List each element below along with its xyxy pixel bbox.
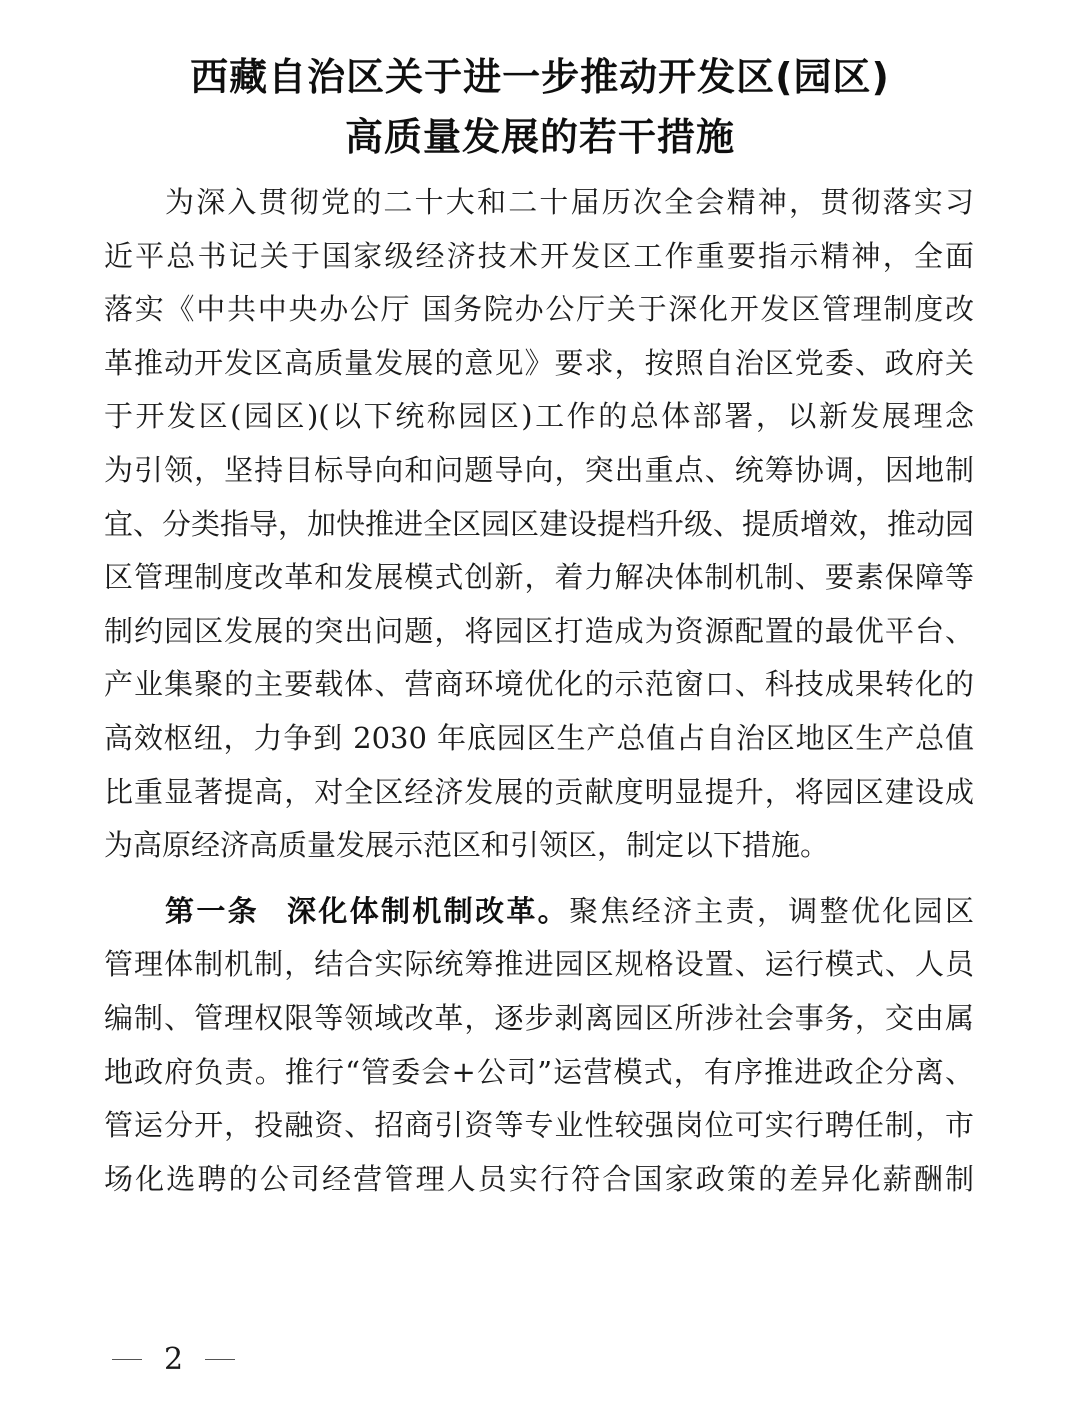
document-page: 西藏自治区关于进一步推动开发区(园区) 高质量发展的若干措施 为深入贯彻党的二十…	[0, 0, 1080, 1428]
preamble-line: 革推动开发区高质量发展的意见》要求，按照自治区党委、政府关	[104, 337, 974, 391]
preamble-line: 于开发区(园区)(以下统称园区)工作的总体部署，以新发展理念	[104, 390, 974, 444]
document-body: 为深入贯彻党的二十大和二十届历次全会精神，贯彻落实习 近平总书记关于国家级经济技…	[104, 176, 974, 1206]
article-1-first-line: 第一条深化体制机制改革。聚焦经济主责，调整优化园区	[104, 885, 974, 939]
article-text: 聚焦经济主责，调整优化园区	[569, 894, 974, 928]
document-title-line-2: 高质量发展的若干措施	[0, 106, 1080, 161]
article-number: 第一条	[165, 894, 259, 928]
preamble-line: 宜、分类指导，加快推进全区园区建设提档升级、提质增效，推动园	[104, 498, 974, 552]
preamble-line: 近平总书记关于国家级经济技术开发区工作重要指示精神，全面	[104, 230, 974, 284]
article-1-line: 地政府负责。推行“管委会+公司”运营模式，有序推进政企分离、	[104, 1046, 974, 1100]
article-1-line: 编制、管理权限等领域改革，逐步剥离园区所涉社会事务，交由属	[104, 992, 974, 1046]
preamble-line: 为引领，坚持目标导向和问题导向，突出重点、统筹协调，因地制	[104, 444, 974, 498]
preamble-line: 区管理制度改革和发展模式创新，着力解决体制机制、要素保障等	[104, 551, 974, 605]
article-1-line: 管理体制机制，结合实际统筹推进园区规格设置、运行模式、人员	[104, 938, 974, 992]
dash-left	[112, 1359, 142, 1361]
article-1-line: 管运分开，投融资、招商引资等专业性较强岗位可实行聘任制，市	[104, 1099, 974, 1153]
page-number-footer: 2	[112, 1342, 235, 1377]
article-1-line: 场化选聘的公司经营管理人员实行符合国家政策的差异化薪酬制	[104, 1153, 974, 1207]
preamble-line: 产业集聚的主要载体、营商环境优化的示范窗口、科技成果转化的	[104, 658, 974, 712]
preamble-line: 为高原经济高质量发展示范区和引领区，制定以下措施。	[104, 819, 974, 873]
preamble-line: 为深入贯彻党的二十大和二十届历次全会精神，贯彻落实习	[104, 176, 974, 230]
preamble-line: 落实《中共中央办公厅 国务院办公厅关于深化开发区管理制度改	[104, 283, 974, 337]
preamble-line: 制约园区发展的突出问题，将园区打造成为资源配置的最优平台、	[104, 605, 974, 659]
article-heading: 深化体制机制改革。	[287, 894, 569, 928]
preamble-line: 高效枢纽，力争到 2030 年底园区生产总值占自治区地区生产总值	[104, 712, 974, 766]
preamble-line: 比重显著提高，对全区经济发展的贡献度明显提升，将园区建设成	[104, 766, 974, 820]
dash-right	[205, 1359, 235, 1361]
document-title-line-1: 西藏自治区关于进一步推动开发区(园区)	[0, 46, 1080, 101]
paragraph-gap	[104, 873, 974, 885]
page-number: 2	[164, 1342, 183, 1377]
